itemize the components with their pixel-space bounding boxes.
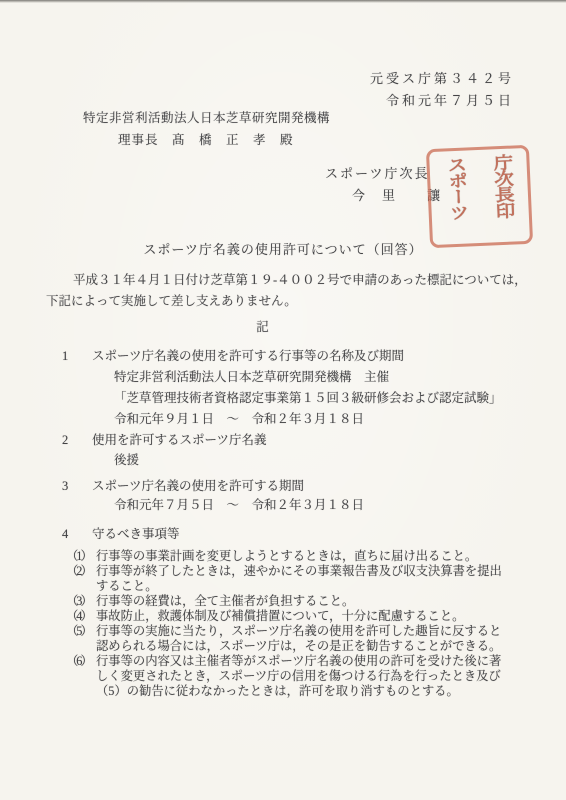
subitem-1: （1） 行事等の事業計画を変更しようとするときは，直ちに届け出ること。 [66,549,552,564]
subitem-1-marker: （1） [66,549,91,564]
recipient-block: 特定非営利活動法人日本芝草研究開発機構 理事長 髙 橋 正 孝 殿 [83,107,330,151]
recipient-organization: 特定非営利活動法人日本芝草研究開発機構 [83,107,330,129]
item-3-line: 令和元年７月５日 ～ 令和２年３月１８日 [114,496,552,515]
subitem-4-marker: （4） [66,609,91,624]
subitem-2-line: すること。 [96,579,552,594]
subitem-2-marker: （2） [66,564,91,579]
subitem-5-marker: （5） [66,624,91,639]
seal-right-column: 庁次長印 [491,153,514,238]
item-2: 2 使用を許可するスポーツ庁名義 後援 [62,430,552,470]
subitem-6-marker: （6） [66,654,91,669]
item-4-number: 4 [62,524,92,544]
subitem-4-line: 事故防止，救護体制及び補償措置について，十分に配慮すること。 [96,609,552,624]
recipient-person: 理事長 髙 橋 正 孝 殿 [118,129,330,151]
subitem-6-line: （5）の勧告に従わなかったときは，許可を取り消すものとする。 [96,684,552,699]
subitem-3-line: 行事等の経費は，全て主催者が負担すること。 [96,594,552,609]
item-2-number: 2 [62,430,92,450]
subitem-2-line: 行事等が終了したときは，速やかにその事業報告書及び収支決算書を提出 [96,564,552,579]
item-4-heading: 守るべき事項等 [92,524,180,544]
item-1-line: 「芝草管理技術者資格認定事業第１５回３級研修会および認定試験」 [114,388,552,409]
body-line-1: 平成３１年４月１日付け芝草第１９-４００２号で申請のあった標記については， [46,270,546,291]
item-1-line: 特定非営利活動法人日本芝草研究開発機構 主催 [114,367,552,388]
subitem-5: （5） 行事等の実施に当たり，スポーツ庁名義の使用を許可した趣旨に反すると 認め… [66,624,552,654]
document-meta: 元受ス庁第３４２号 令和元年７月５日 [370,68,566,112]
subitem-5-line: 行事等の実施に当たり，スポーツ庁名義の使用を許可した趣旨に反すると [96,624,552,639]
subitem-3-marker: （3） [66,594,91,609]
body-paragraph: 平成３１年４月１日付け芝草第１９-４００２号で申請のあった標記については， 下記… [46,270,546,312]
subitem-6-line: 行事等の内容又は主催者等がスポーツ庁名義の使用の許可を受けた後に著 [96,654,552,669]
subject-title: スポーツ庁名義の使用許可について（回答） [0,239,566,258]
item-4-subitems: （1） 行事等の事業計画を変更しようとするときは，直ちに届け出ること。 （2） … [66,549,552,699]
subitem-6: （6） 行事等の内容又は主催者等がスポーツ庁名義の使用の許可を受けた後に著 しく… [66,654,552,699]
item-3: 3 スポーツ庁名義の使用を許可する期間 令和元年７月５日 ～ 令和２年３月１８日 [62,477,552,515]
item-3-number: 3 [62,477,92,496]
body-line-2: 下記によって実施して差し支えありません。 [46,291,546,312]
sender-title: スポーツ庁次長 [325,163,442,185]
ki-separator: 記 [0,317,526,335]
document-number: 元受ス庁第３４２号 [370,68,514,90]
item-2-heading: 使用を許可するスポーツ庁名義 [92,430,267,450]
sender-block: スポーツ庁次長 今 里 讓 [325,163,442,207]
subitem-2: （2） 行事等が終了したときは，速やかにその事業報告書及び収支決算書を提出 する… [66,564,552,594]
item-2-line: 後援 [114,450,552,470]
item-1-number: 1 [62,346,92,367]
subitem-3: （3） 行事等の経費は，全て主催者が負担すること。 [66,594,552,609]
subitem-5-line: 認められる場合には，スポーツ庁は，その是正を勧告することができる。 [96,639,552,654]
item-4: 4 守るべき事項等 （1） 行事等の事業計画を変更しようとするときは，直ちに届け… [62,524,552,699]
subitem-4: （4） 事故防止，救護体制及び補償措置について，十分に配慮すること。 [66,609,552,624]
scan-edge-artifact [0,0,566,3]
item-3-heading: スポーツ庁名義の使用を許可する期間 [92,477,304,496]
item-1-line: 令和元年９月１日 ～ 令和２年３月１８日 [114,409,552,430]
document-date: 令和元年７月５日 [370,90,514,112]
scanned-letter-page: 元受ス庁第３４２号 令和元年７月５日 特定非営利活動法人日本芝草研究開発機構 理… [0,0,566,800]
official-seal: スポーツ 庁次長印 [426,145,533,248]
seal-left-column: スポーツ [445,155,468,240]
subitem-6-line: しく変更されたとき，スポーツ庁の信用を傷つける行為を行ったとき及び [96,669,552,684]
item-1: 1 スポーツ庁名義の使用を許可する行事等の名称及び期間 特定非営利活動法人日本芝… [62,346,552,430]
subitem-1-line: 行事等の事業計画を変更しようとするときは，直ちに届け出ること。 [96,549,552,564]
item-1-heading: スポーツ庁名義の使用を許可する行事等の名称及び期間 [92,346,404,367]
